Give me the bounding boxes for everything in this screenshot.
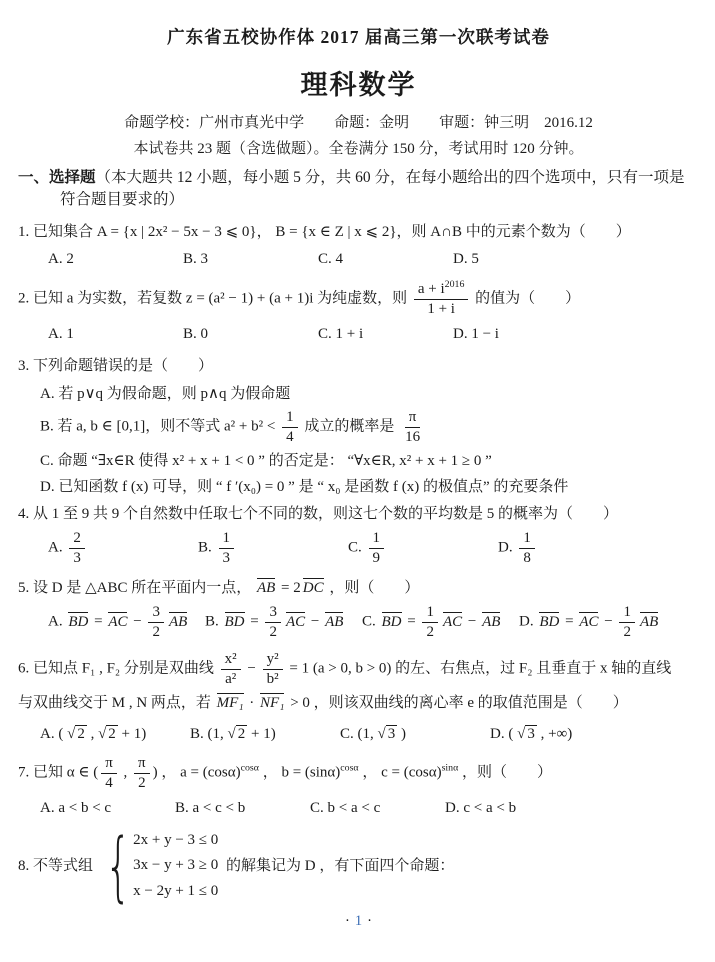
question-4: 4. 从 1 至 9 共 9 个自然数中任取七个不同的数，则这七个数的平均数是 … <box>18 503 699 567</box>
question-1-option-b: B. 3 <box>183 248 318 271</box>
paper-info-line: 本试卷共 23 题（含选做题）。全卷满分 150 分，考试用时 120 分钟。 <box>18 137 699 158</box>
question-4-stem: 4. 从 1 至 9 共 9 个自然数中任取七个不同的数，则这七个数的平均数是 … <box>18 503 699 526</box>
question-1-stem: 1. 已知集合 A = {x | 2x² − 5x − 3 ⩽ 0}， B = … <box>18 221 699 244</box>
question-5-option-c: C. BD = 12AC − AB <box>362 604 519 641</box>
question-5-stem: 5. 设 D 是 △ABC 所在平面内一点， AB = 2DC ，则（ ） <box>18 577 699 600</box>
question-8-stem: 8. 不等式组 {2x + y − 3 ≤ 03x − y + 3 ≥ 0x −… <box>18 830 699 903</box>
question-5: 5. 设 D 是 △ABC 所在平面内一点， AB = 2DC ，则（ ） A.… <box>18 577 699 641</box>
question-6-option-b: B. (1, √2 + 1) <box>190 723 340 746</box>
paper-meta-line: 命题学校：广州市真光中学 命题：金明 审题：钟三明 2016.12 <box>18 111 699 132</box>
question-2-option-b: B. 0 <box>183 323 318 346</box>
section-description: （本大题共 12 小题，每小题 5 分，共 60 分，在每小题给出的四个选项中，… <box>60 169 685 208</box>
paper-subject: 理科数学 <box>18 63 699 102</box>
question-7-options: A. a < b < c B. a < c < b C. b < a < c D… <box>40 797 699 820</box>
question-2: 2. 已知 a 为实数，若复数 z = (a² − 1) + (a + 1)i … <box>18 281 699 345</box>
question-8: 8. 不等式组 {2x + y − 3 ≤ 03x − y + 3 ≥ 0x −… <box>18 830 699 903</box>
question-4-option-d: D. 18 <box>498 530 648 567</box>
question-1-option-c: C. 4 <box>318 248 453 271</box>
page-number-left-dot: · <box>345 913 350 929</box>
question-3-stem: 3. 下列命题错误的是（ ） <box>18 355 699 378</box>
question-1-option-a: A. 2 <box>48 248 183 271</box>
section-label: 一、选择题 <box>18 169 96 186</box>
exam-paper-page: 广东省五校协作体 2017 届高三第一次联考试卷 理科数学 命题学校：广州市真光… <box>0 0 715 962</box>
question-4-option-c: C. 19 <box>348 530 498 567</box>
question-4-option-b: B. 13 <box>198 530 348 567</box>
paper-title: 广东省五校协作体 2017 届高三第一次联考试卷 <box>18 24 699 49</box>
question-6-stem-line-1: 6. 已知点 F₁ , F₂ 分别是双曲线 x²a² − y²b² = 1 (a… <box>18 651 699 688</box>
question-3-option-c: C. 命题 “∃x∈R 使得 x² + x + 1 < 0 ” 的否定是： “∀… <box>40 450 699 473</box>
section-multiple-choice-header: 一、选择题（本大题共 12 小题，每小题 5 分，共 60 分，在每小题给出的四… <box>18 167 699 212</box>
question-6-options: A. ( √2 , √2 + 1) B. (1, √2 + 1) C. (1, … <box>40 723 699 746</box>
question-2-stem: 2. 已知 a 为实数，若复数 z = (a² − 1) + (a + 1)i … <box>18 281 699 318</box>
question-5-option-d: D. BD = AC − 12AB <box>519 604 676 641</box>
page-number: ·1· <box>18 913 699 930</box>
question-6: 6. 已知点 F₁ , F₂ 分别是双曲线 x²a² − y²b² = 1 (a… <box>18 651 699 746</box>
question-4-options: A. 23 B. 13 C. 19 D. 18 <box>48 530 699 567</box>
question-1-option-d: D. 5 <box>453 248 699 271</box>
question-3: 3. 下列命题错误的是（ ） A. 若 p∨q 为假命题，则 p∧q 为假命题 … <box>18 355 699 499</box>
question-7-option-c: C. b < a < c <box>310 797 445 820</box>
page-number-value: 1 <box>355 913 362 929</box>
question-7-option-b: B. a < c < b <box>175 797 310 820</box>
question-5-option-b: B. BD = 32AC − AB <box>205 604 362 641</box>
question-3-option-d: D. 已知函数 f (x) 可导，则 “ f ′(x₀) = 0 ” 是 “ x… <box>40 476 699 499</box>
question-7-option-d: D. c < a < b <box>445 797 699 820</box>
question-1-options: A. 2 B. 3 C. 4 D. 5 <box>48 248 699 271</box>
question-6-option-d: D. ( √3 , +∞) <box>490 723 640 746</box>
question-5-options: A. BD = AC − 32AB B. BD = 32AC − AB C. B… <box>48 604 699 641</box>
question-2-option-d: D. 1 − i <box>453 323 699 346</box>
page-number-right-dot: · <box>367 913 372 929</box>
question-6-option-c: C. (1, √3 ) <box>340 723 490 746</box>
question-2-option-a: A. 1 <box>48 323 183 346</box>
question-6-option-a: A. ( √2 , √2 + 1) <box>40 723 190 746</box>
question-7-option-a: A. a < b < c <box>40 797 175 820</box>
question-7: 7. 已知 α ∈ (π4 , π2) ， a = (cosα)cosα ， b… <box>18 755 699 819</box>
question-2-option-c: C. 1 + i <box>318 323 453 346</box>
question-7-stem: 7. 已知 α ∈ (π4 , π2) ， a = (cosα)cosα ， b… <box>18 755 699 792</box>
question-4-option-a: A. 23 <box>48 530 198 567</box>
question-3-option-a: A. 若 p∨q 为假命题，则 p∧q 为假命题 <box>40 383 699 406</box>
question-2-options: A. 1 B. 0 C. 1 + i D. 1 − i <box>48 323 699 346</box>
question-1: 1. 已知集合 A = {x | 2x² − 5x − 3 ⩽ 0}， B = … <box>18 221 699 271</box>
question-3-option-b: B. 若 a, b ∈ [0,1]，则不等式 a² + b² < 14 成立的概… <box>40 409 699 446</box>
question-5-option-a: A. BD = AC − 32AB <box>48 604 205 641</box>
question-6-stem-line-2: 与双曲线交于 M , N 两点，若 MF₁ · NF₁ > 0 ，则该双曲线的离… <box>18 692 699 715</box>
